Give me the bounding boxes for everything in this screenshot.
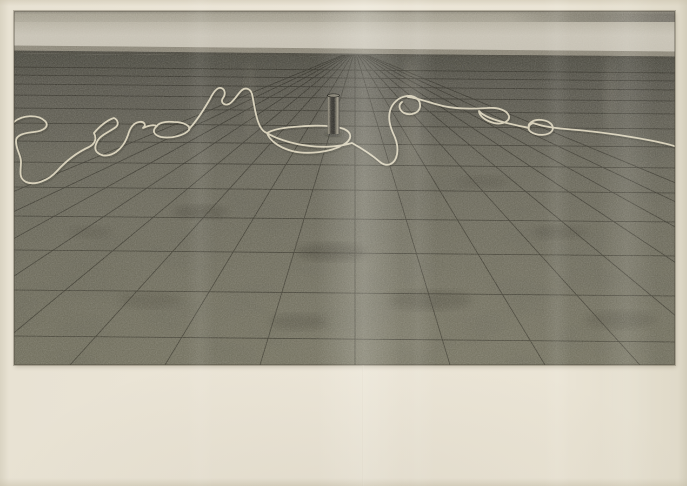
artwork-photograph xyxy=(14,11,675,365)
photo-grain-overlay xyxy=(14,11,675,365)
paper-crease xyxy=(362,365,364,486)
scanned-page xyxy=(0,0,687,486)
photo-scene-svg xyxy=(14,11,675,365)
